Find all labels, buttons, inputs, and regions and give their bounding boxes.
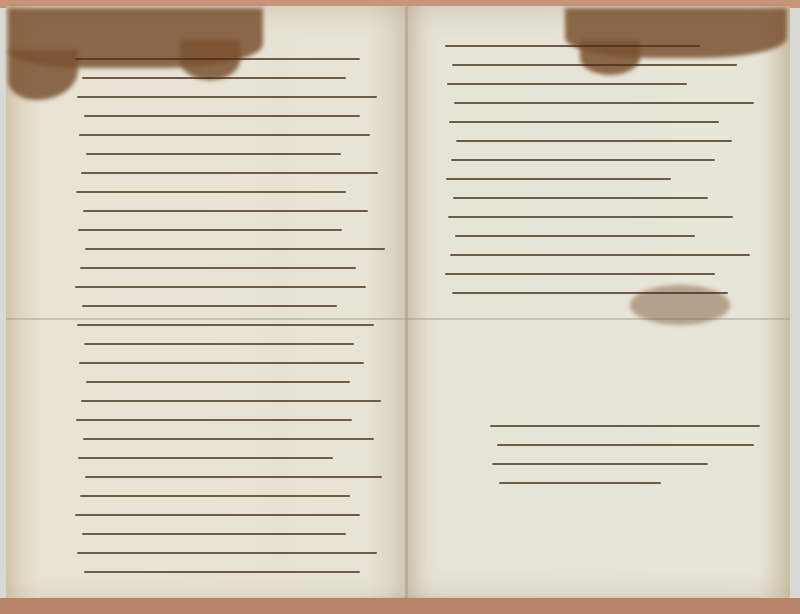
handwritten-line	[492, 463, 708, 465]
handwritten-line	[84, 343, 354, 345]
handwritten-line	[77, 552, 377, 554]
handwritten-line	[81, 400, 381, 402]
handwritten-line	[448, 216, 733, 218]
handwritten-line	[81, 172, 378, 174]
handwritten-line	[77, 96, 377, 98]
left-handwriting	[75, 58, 375, 590]
handwritten-line	[455, 235, 695, 237]
handwritten-line	[83, 438, 374, 440]
handwritten-line	[75, 514, 360, 516]
handwritten-line	[86, 153, 341, 155]
image-subject: Two-page handwritten manuscript in brown…	[0, 0, 1, 1]
handwritten-line	[452, 64, 737, 66]
handwritten-line	[80, 495, 350, 497]
right-handwriting	[445, 45, 745, 311]
handwritten-line	[82, 305, 337, 307]
handwritten-line	[85, 248, 385, 250]
handwritten-line	[82, 533, 346, 535]
table-surface	[0, 598, 800, 614]
handwritten-line	[450, 254, 750, 256]
handwritten-line	[83, 210, 368, 212]
handwritten-line	[84, 115, 360, 117]
handwritten-line	[76, 419, 352, 421]
handwritten-line	[84, 571, 360, 573]
handwritten-line	[78, 457, 333, 459]
center-fold	[405, 6, 408, 606]
handwritten-line	[85, 476, 382, 478]
handwritten-line	[499, 482, 661, 484]
handwritten-line	[82, 77, 346, 79]
handwritten-line	[445, 45, 700, 47]
handwritten-line	[77, 324, 374, 326]
handwritten-line	[454, 102, 754, 104]
handwritten-line	[86, 381, 350, 383]
handwritten-line	[76, 191, 346, 193]
closing-text-and-signatures	[490, 425, 760, 501]
handwritten-line	[449, 121, 719, 123]
handwritten-line	[456, 140, 732, 142]
handwritten-line	[447, 83, 687, 85]
handwritten-line	[446, 178, 671, 180]
handwritten-line	[80, 267, 356, 269]
handwritten-line	[490, 425, 760, 427]
handwritten-line	[75, 286, 366, 288]
handwritten-line	[497, 444, 754, 446]
handwritten-line	[75, 58, 360, 60]
handwritten-line	[451, 159, 715, 161]
handwritten-line	[78, 229, 342, 231]
handwritten-line	[453, 197, 708, 199]
handwritten-line	[79, 134, 370, 136]
handwritten-line	[452, 292, 728, 294]
handwritten-line	[79, 362, 364, 364]
handwritten-line	[445, 273, 715, 275]
